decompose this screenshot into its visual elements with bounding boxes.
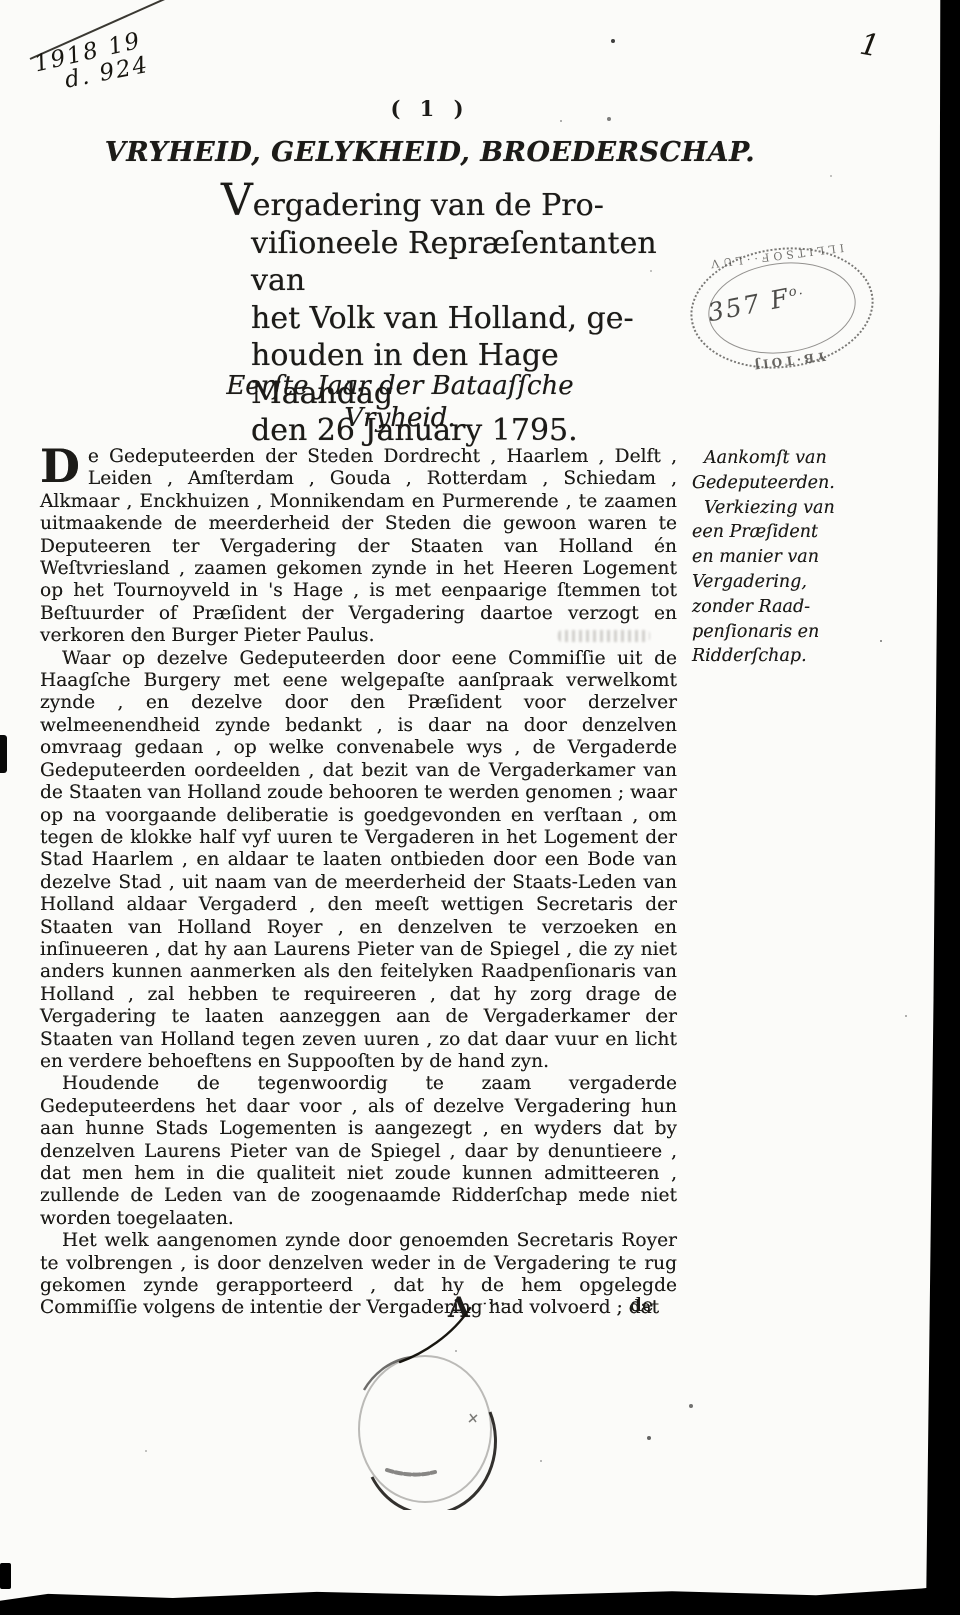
subtitle: Eerſte Jaar der Bataaſſche Vryheid. [150, 370, 650, 434]
motto-title: VRYHEID, GELYKHEID, BROEDERSCHAP. [90, 137, 770, 168]
paragraph-1-text: e Gedeputeerden der Steden Dordrecht , H… [40, 446, 677, 646]
scan-blob-bottom-left [0, 1563, 11, 1589]
document-page: 1918 19 d. 924 1 ( 1 ) VRYHEID, GELYKHEI… [0, 0, 960, 1615]
paragraph-2: Waar op dezelve Gedeputeerden door eene … [40, 648, 677, 1074]
page-number: ( 1 ) [90, 96, 770, 121]
library-stamp-oval: ILLITSOF··LUV YB·TOIJ 357 Fo. [683, 237, 880, 379]
paragraph-1: De Gedeputeerden der Steden Dordrecht , … [40, 446, 677, 648]
heading-line: Vergadering van de Pro- [213, 182, 693, 225]
catchword: de [630, 1294, 653, 1316]
subtitle-line-1: Eerſte Jaar der Bataaſſche [150, 370, 650, 402]
heading-line: het Volk van Holland, ge- [213, 300, 693, 338]
scan-noise-speckles [0, 0, 2, 2]
margin-note-line: Vergadering, [692, 570, 854, 595]
subtitle-line-2: Vryheid. [150, 402, 650, 434]
handwritten-folio-mark: 1 [857, 27, 882, 65]
scan-mark-left-edge [0, 735, 7, 773]
paragraph-4: Het welk aangenomen zynde door genoemden… [40, 1230, 677, 1320]
margin-notes: Aankomſt van Gedeputeerden. Verkiezing v… [692, 446, 854, 669]
margin-note-line: zonder Raad- [692, 595, 854, 620]
margin-note-line: Aankomſt van [692, 446, 854, 471]
header-block: ( 1 ) VRYHEID, GELYKHEID, BROEDERSCHAP. [90, 96, 770, 168]
handwritten-shelfmark: 1918 19 d. 924 [32, 28, 151, 100]
margin-note-line: Gedeputeerden. [692, 471, 854, 496]
dropcap-initial: D [40, 447, 80, 485]
margin-note-line: Ridderſchap. [692, 644, 854, 669]
heading-line: viſioneele Repræſentanten van [213, 225, 693, 300]
body-text: De Gedeputeerden der Steden Dordrecht , … [40, 446, 677, 1320]
margin-note-line: penſionaris en [692, 620, 854, 645]
margin-note-line: Verkiezing van [692, 496, 854, 521]
margin-note-line: een Præſident [692, 520, 854, 545]
stamp-number-sup: o. [787, 283, 805, 301]
faint-round-stamp [352, 1352, 502, 1510]
paragraph-3: Houdende de tegenwoordig te zaam vergade… [40, 1073, 677, 1230]
scan-border-right [926, 0, 960, 1615]
scan-border-bottom [0, 1581, 960, 1615]
margin-note-line: en manier van [692, 545, 854, 570]
